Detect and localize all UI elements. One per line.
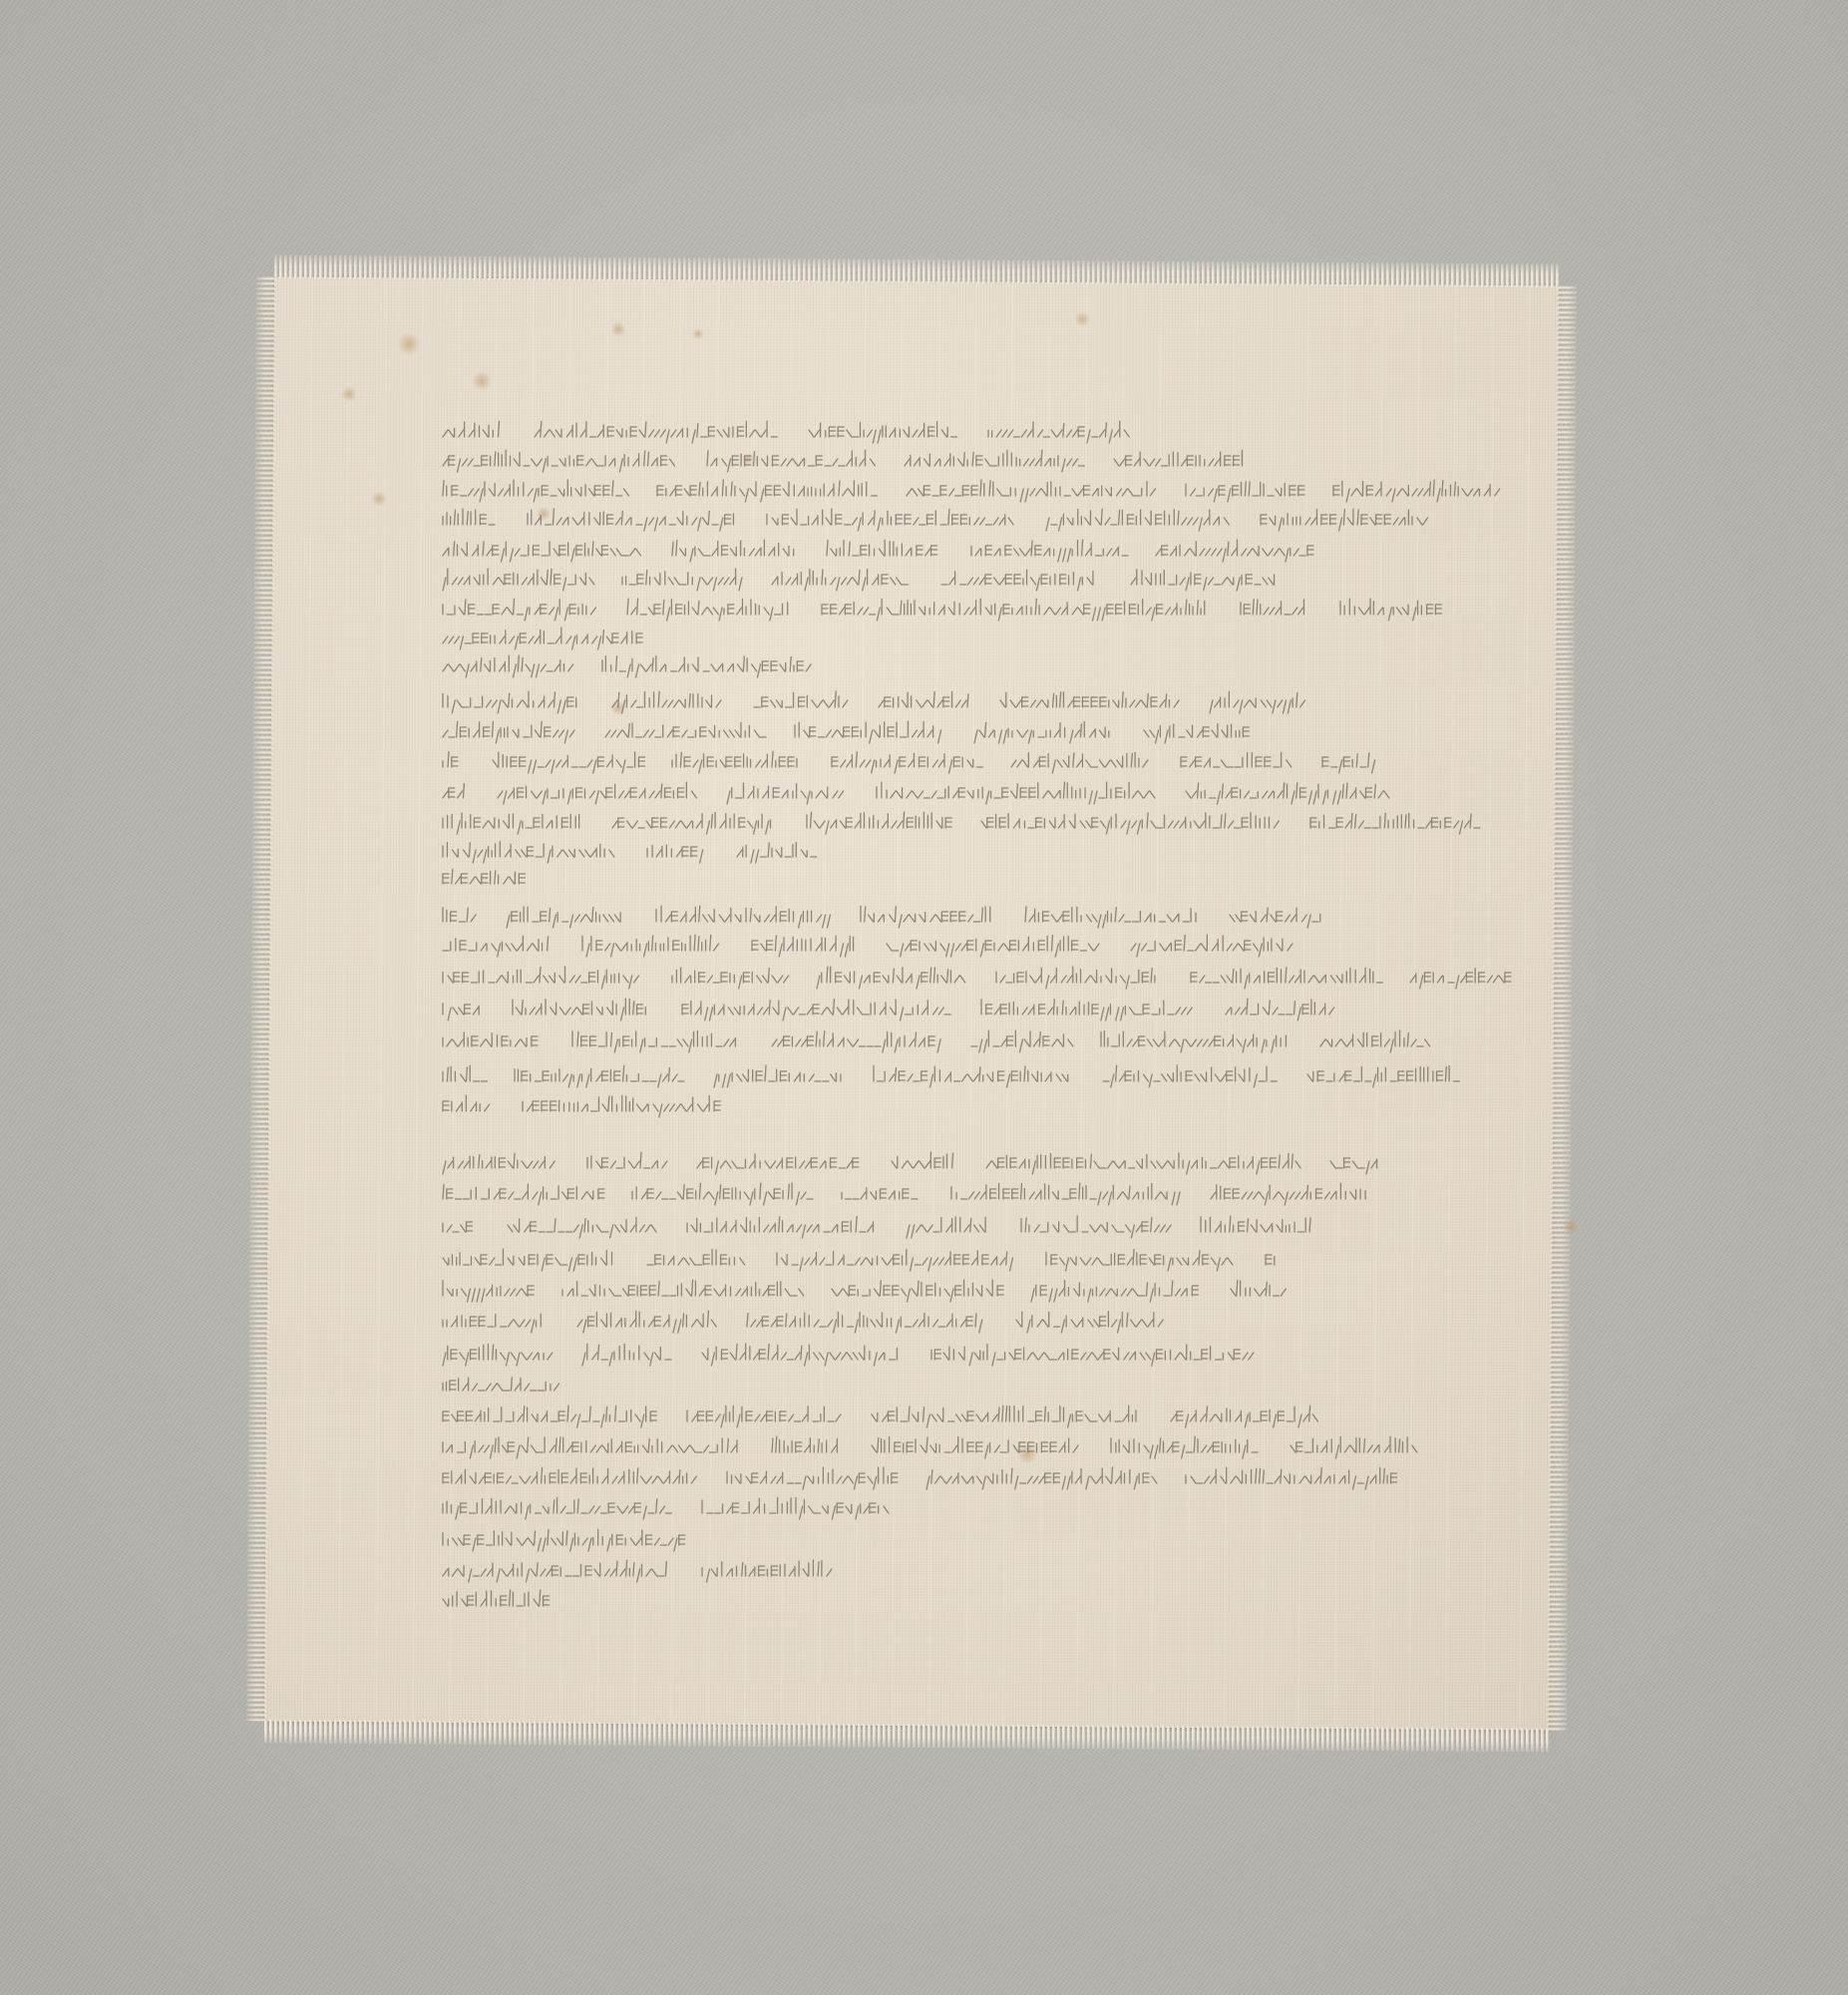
- stitched-word: [1171, 1403, 1320, 1427]
- stitched-word: [777, 1247, 1016, 1271]
- stitched-word: [1241, 597, 1310, 620]
- stitched-word: [493, 749, 642, 773]
- stitched-word: [687, 1403, 842, 1427]
- stitched-word: [443, 839, 617, 863]
- stitched-word: [1046, 1247, 1236, 1271]
- stitched-word: [1291, 1434, 1420, 1458]
- stain-spot: [397, 332, 421, 356]
- stain-spot: [371, 491, 387, 507]
- stitched-word: [1191, 965, 1380, 989]
- stitched-word: [981, 810, 1281, 834]
- stitched-word: [807, 810, 951, 834]
- stitched-word: [1266, 1247, 1281, 1271]
- stitched-word: [809, 419, 958, 443]
- stitched-word: [702, 1558, 832, 1582]
- stitched-word: [443, 997, 483, 1020]
- stitched-word: [1144, 719, 1252, 743]
- stitched-word: [877, 780, 1156, 804]
- stitched-word: [582, 1342, 672, 1366]
- stitched-word: [1101, 1028, 1291, 1052]
- stitched-word: [443, 478, 627, 502]
- stitched-word: [1103, 1063, 1278, 1087]
- stitched-word: [1211, 1181, 1370, 1205]
- stitched-word: [443, 1373, 562, 1396]
- stitched-word: [657, 478, 877, 502]
- stitched-word: [931, 1342, 1256, 1366]
- stitched-word: [443, 933, 553, 957]
- stitched-word: [1340, 597, 1440, 620]
- stitched-word: [861, 904, 995, 928]
- stitched-word: [632, 1181, 812, 1205]
- stitched-word: [981, 997, 1196, 1020]
- stain-spot: [692, 328, 704, 340]
- stitched-word: [996, 965, 1161, 989]
- stitched-word: [443, 749, 463, 773]
- stitched-word: [988, 419, 1133, 443]
- stitched-word: [842, 1181, 922, 1205]
- stitched-word: [513, 997, 652, 1020]
- stitched-word: [941, 567, 1101, 591]
- stitched-word: [443, 1495, 672, 1519]
- stain-spot: [1563, 1219, 1579, 1235]
- stitched-word: [747, 1309, 986, 1333]
- stitched-word: [887, 933, 1101, 957]
- stitched-word: [971, 538, 1126, 562]
- stitched-word: [697, 1150, 862, 1174]
- stitched-word: [622, 567, 742, 591]
- stitched-word: [672, 749, 802, 773]
- stitched-word: [443, 1063, 485, 1087]
- stitched-word: [767, 507, 1016, 531]
- stitched-word: [986, 1150, 1300, 1174]
- stitched-word: [872, 1434, 1081, 1458]
- stitched-word: [443, 1247, 617, 1271]
- stitched-word: [1210, 689, 1304, 713]
- stain-spot: [472, 371, 492, 391]
- stitched-word: [443, 625, 642, 649]
- stitched-word: [772, 1028, 941, 1052]
- stitched-word: [612, 810, 777, 834]
- stitched-word: [907, 478, 1156, 502]
- stitched-word: [1031, 1278, 1201, 1302]
- stitched-word: [727, 780, 847, 804]
- stitched-word: [1322, 749, 1377, 773]
- stitched-word: [1021, 1214, 1171, 1238]
- stitched-word: [443, 538, 642, 562]
- stitched-word: [905, 448, 1084, 472]
- stitched-word: [443, 1093, 493, 1117]
- stitched-word: [443, 866, 523, 890]
- stitched-word: [1310, 810, 1480, 834]
- stitched-word: [926, 1465, 1156, 1489]
- stitched-word: [443, 689, 582, 713]
- stitched-word: [508, 1214, 657, 1238]
- stitched-word: [1025, 904, 1200, 928]
- stitched-word: [656, 904, 831, 928]
- stitched-word: [443, 1558, 672, 1582]
- stitched-word: [443, 448, 677, 472]
- stitched-word: [707, 448, 875, 472]
- stitched-word: [443, 719, 575, 743]
- stitched-word: [951, 1181, 1181, 1205]
- stitched-word: [562, 1278, 802, 1302]
- stitched-word: [772, 1434, 842, 1458]
- stitched-word: [1186, 478, 1303, 502]
- stitched-word: [612, 689, 724, 713]
- stitched-word: [602, 653, 812, 677]
- stitched-word: [528, 507, 737, 531]
- stitched-word: [443, 1434, 742, 1458]
- stain-spot: [1074, 311, 1090, 327]
- stitched-word: [443, 1028, 543, 1052]
- stitched-word: [907, 1214, 991, 1238]
- stitched-word: [1131, 567, 1281, 591]
- stitched-word: [795, 719, 944, 743]
- stitched-word: [443, 1150, 557, 1174]
- stitched-word: [647, 1247, 747, 1271]
- stitched-word: [879, 689, 970, 713]
- stitched-word: [1261, 507, 1430, 531]
- stitched-word: [1111, 1434, 1261, 1458]
- stitched-word: [702, 1495, 887, 1519]
- stitched-word: [1226, 997, 1335, 1020]
- stain-spot: [341, 386, 357, 402]
- stitched-word: [1231, 1278, 1286, 1302]
- stitched-word: [647, 839, 707, 863]
- stitched-word: [605, 719, 765, 743]
- stitched-word: [1186, 1465, 1395, 1489]
- stitched-word: [443, 653, 572, 677]
- stitched-word: [702, 1342, 902, 1366]
- stitched-word: [772, 567, 912, 591]
- stitched-word: [443, 810, 582, 834]
- stitched-word: [515, 1063, 684, 1087]
- stitched-word: [498, 780, 697, 804]
- stitched-word: [737, 839, 817, 863]
- stitched-word: [892, 1150, 956, 1174]
- stitched-word: [443, 1403, 657, 1427]
- stitched-word: [443, 1309, 548, 1333]
- stitched-word: [523, 1093, 722, 1117]
- stitched-word: [832, 749, 981, 773]
- stitched-word: [443, 1278, 533, 1302]
- stitched-word: [443, 1527, 687, 1551]
- stitched-word: [1000, 689, 1180, 713]
- stitched-word: [1201, 1214, 1315, 1238]
- stitched-word: [672, 965, 787, 989]
- stitched-word: [587, 1150, 667, 1174]
- stitched-word: [1114, 448, 1249, 472]
- stitched-word: [727, 1465, 897, 1489]
- stitched-word: [1186, 780, 1390, 804]
- stitched-word: [443, 1181, 602, 1205]
- stitched-word: [443, 1588, 548, 1612]
- stitched-word: [714, 1063, 844, 1087]
- stitched-word: [1011, 749, 1151, 773]
- stitched-word: [1330, 1150, 1380, 1174]
- stitched-word: [443, 597, 597, 620]
- stitched-word: [822, 597, 1211, 620]
- stitched-word: [443, 965, 642, 989]
- stitched-word: [974, 719, 1114, 743]
- stitched-word: [443, 780, 468, 804]
- stitched-word: [1181, 749, 1293, 773]
- stitched-word: [443, 507, 498, 531]
- stitched-word: [687, 1214, 877, 1238]
- stitched-word: [832, 1278, 1001, 1302]
- stitched-word: [874, 1063, 1073, 1087]
- stitched-word: [443, 1214, 478, 1238]
- stitched-word: [1046, 507, 1231, 531]
- stitched-word: [582, 933, 722, 957]
- stitched-word: [443, 1342, 553, 1366]
- stitched-word: [754, 689, 849, 713]
- stitched-word: [443, 419, 505, 443]
- stitched-word: [507, 904, 626, 928]
- stitched-word: [577, 1309, 717, 1333]
- stitched-word: [627, 597, 792, 620]
- stitched-word: [971, 1028, 1071, 1052]
- stitched-word: [1016, 1309, 1166, 1333]
- stitched-word: [1320, 1028, 1430, 1052]
- stain-spot: [610, 321, 626, 337]
- stitched-word: [1307, 1063, 1457, 1087]
- stitched-word: [443, 567, 592, 591]
- stitched-word: [817, 965, 966, 989]
- stitched-word: [1410, 965, 1515, 989]
- stitched-word: [1131, 933, 1295, 957]
- stitched-word: [752, 933, 857, 957]
- stitched-word: [572, 1028, 742, 1052]
- stitched-word: [1230, 904, 1324, 928]
- stitched-word: [443, 904, 477, 928]
- stitched-word: [672, 538, 797, 562]
- stitched-word: [1156, 538, 1315, 562]
- stitched-word: [827, 538, 941, 562]
- stitched-word: [1333, 478, 1498, 502]
- stitched-word: [443, 1465, 697, 1489]
- stitched-word: [682, 997, 951, 1020]
- stitched-word: [535, 419, 779, 443]
- stitched-word: [872, 1403, 1141, 1427]
